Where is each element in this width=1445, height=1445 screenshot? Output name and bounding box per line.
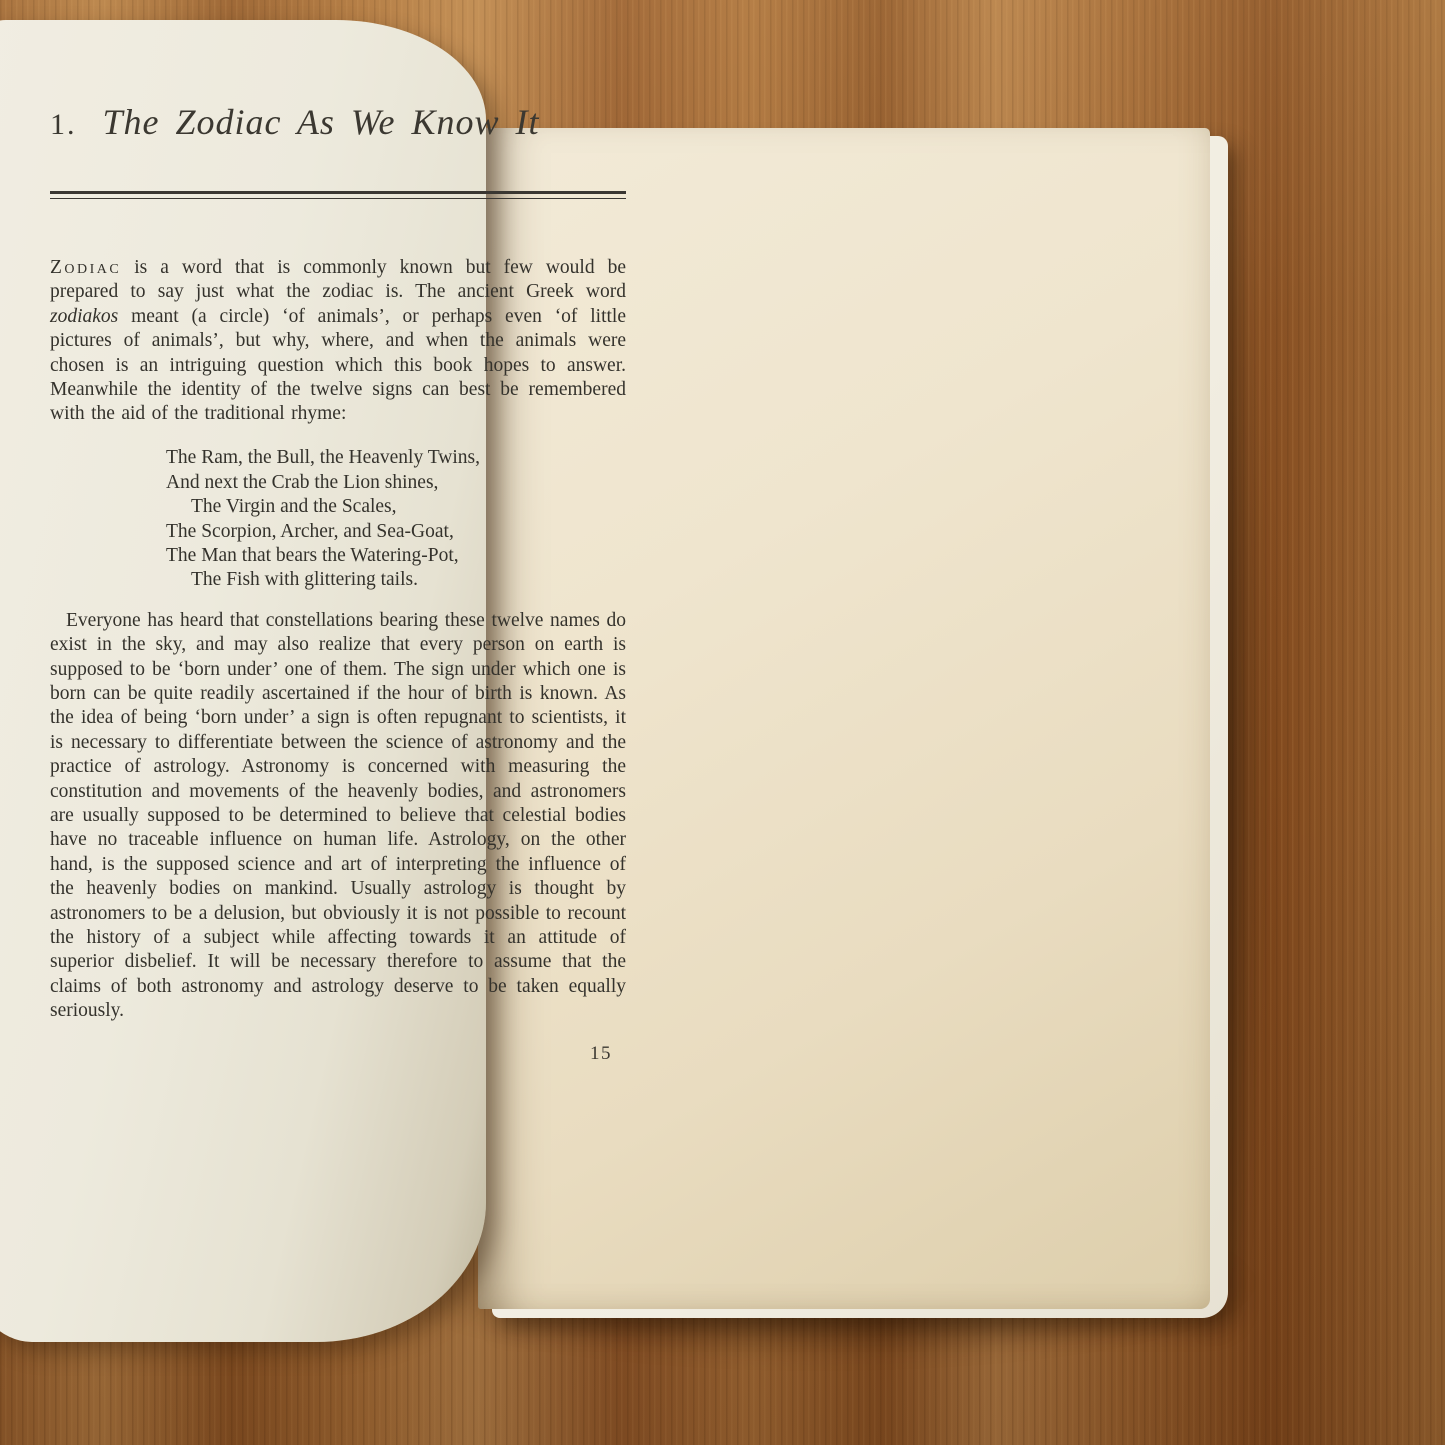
italic-greek-word: zodiakos [50, 306, 118, 327]
paragraph-text: meant (a circle) ‘of animals’, or perhap… [50, 306, 626, 425]
paragraph-text: is a word that is commonly known but few… [50, 257, 626, 302]
lead-small-caps-word: Zodiac [50, 257, 121, 278]
verse-line: And next the Crab the Lion shines, [166, 471, 626, 495]
chapter-number: 1. [50, 108, 77, 141]
verse-line: The Man that bears the Watering-Pot, [166, 544, 626, 568]
book-photo: 1.The Zodiac As We Know It Zodiac is a w… [0, 0, 1445, 1445]
opening-paragraph: Zodiac is a word that is commonly known … [50, 256, 626, 427]
right-page-content: 1.The Zodiac As We Know It Zodiac is a w… [50, 100, 626, 1065]
double-rule-divider [50, 191, 626, 199]
body-paragraph: Everyone has heard that constellations b… [50, 609, 626, 1024]
verse-line: The Ram, the Bull, the Heavenly Twins, [166, 446, 626, 470]
zodiac-rhyme: The Ram, the Bull, the Heavenly Twins, A… [166, 446, 626, 592]
chapter-heading: 1.The Zodiac As We Know It [50, 100, 626, 152]
chapter-title: The Zodiac As We Know It [103, 102, 540, 142]
verse-line: The Virgin and the Scales, [166, 495, 626, 519]
verse-line: The Fish with glittering tails. [166, 568, 626, 592]
verse-line: The Scorpion, Archer, and Sea-Goat, [166, 520, 626, 544]
page-number-folio: 15 [50, 1043, 626, 1065]
